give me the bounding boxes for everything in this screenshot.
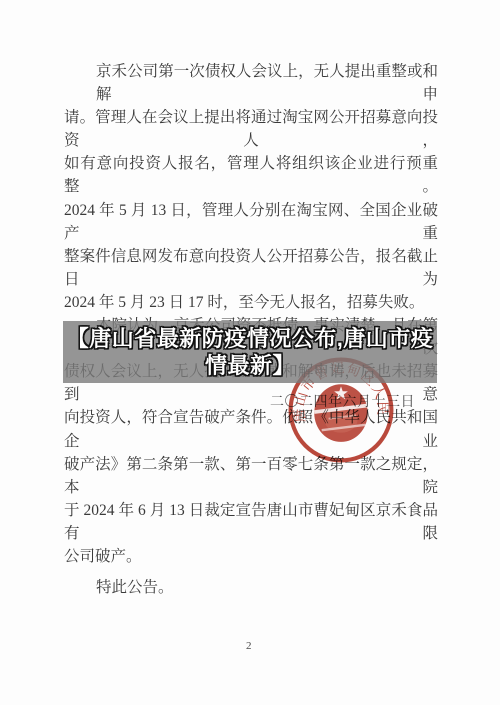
scanned-document-page: 京禾公司第一次债权人会议上，无人提出重整或和解申 请。管理人在会议上提出将通过淘… — [0, 0, 500, 705]
page-number: 2 — [246, 640, 252, 652]
doc-line: 京禾公司第一次债权人会议上，无人提出重整或和解申 — [64, 60, 438, 106]
closing-statement: 特此公告。 — [64, 576, 438, 599]
doc-line: 2024 年 5 月 13 日，管理人分别在淘宝网、全国企业破产重 — [64, 199, 438, 245]
seal-national-emblem-icon — [314, 384, 368, 442]
doc-line: 请。管理人在会议上提出将通过淘宝网公开招募意向投资人， — [64, 106, 438, 152]
doc-line: 于 2024 年 6 月 13 日裁定宣告唐山市曹妃甸区京禾食品有限 — [64, 499, 438, 545]
doc-line: 如有意向投资人报名，管理人将组织该企业进行预重整。 — [64, 152, 438, 198]
headline-overlay-banner: 【唐山省最新防疫情况公布,唐山市疫 情最新】 — [63, 321, 437, 383]
doc-line: 公司破产。 — [64, 545, 438, 568]
doc-line: 整案件信息网发布意向投资人公开招募公告，报名截止日为 — [64, 245, 438, 291]
headline-text-line1: 【唐山省最新防疫情况公布,唐山市疫 — [67, 325, 434, 352]
headline-text-line2: 情最新】 — [205, 352, 295, 379]
doc-line: 2024 年 5 月 23 日 17 时，至今无人报名，招募失败。 — [64, 291, 438, 314]
